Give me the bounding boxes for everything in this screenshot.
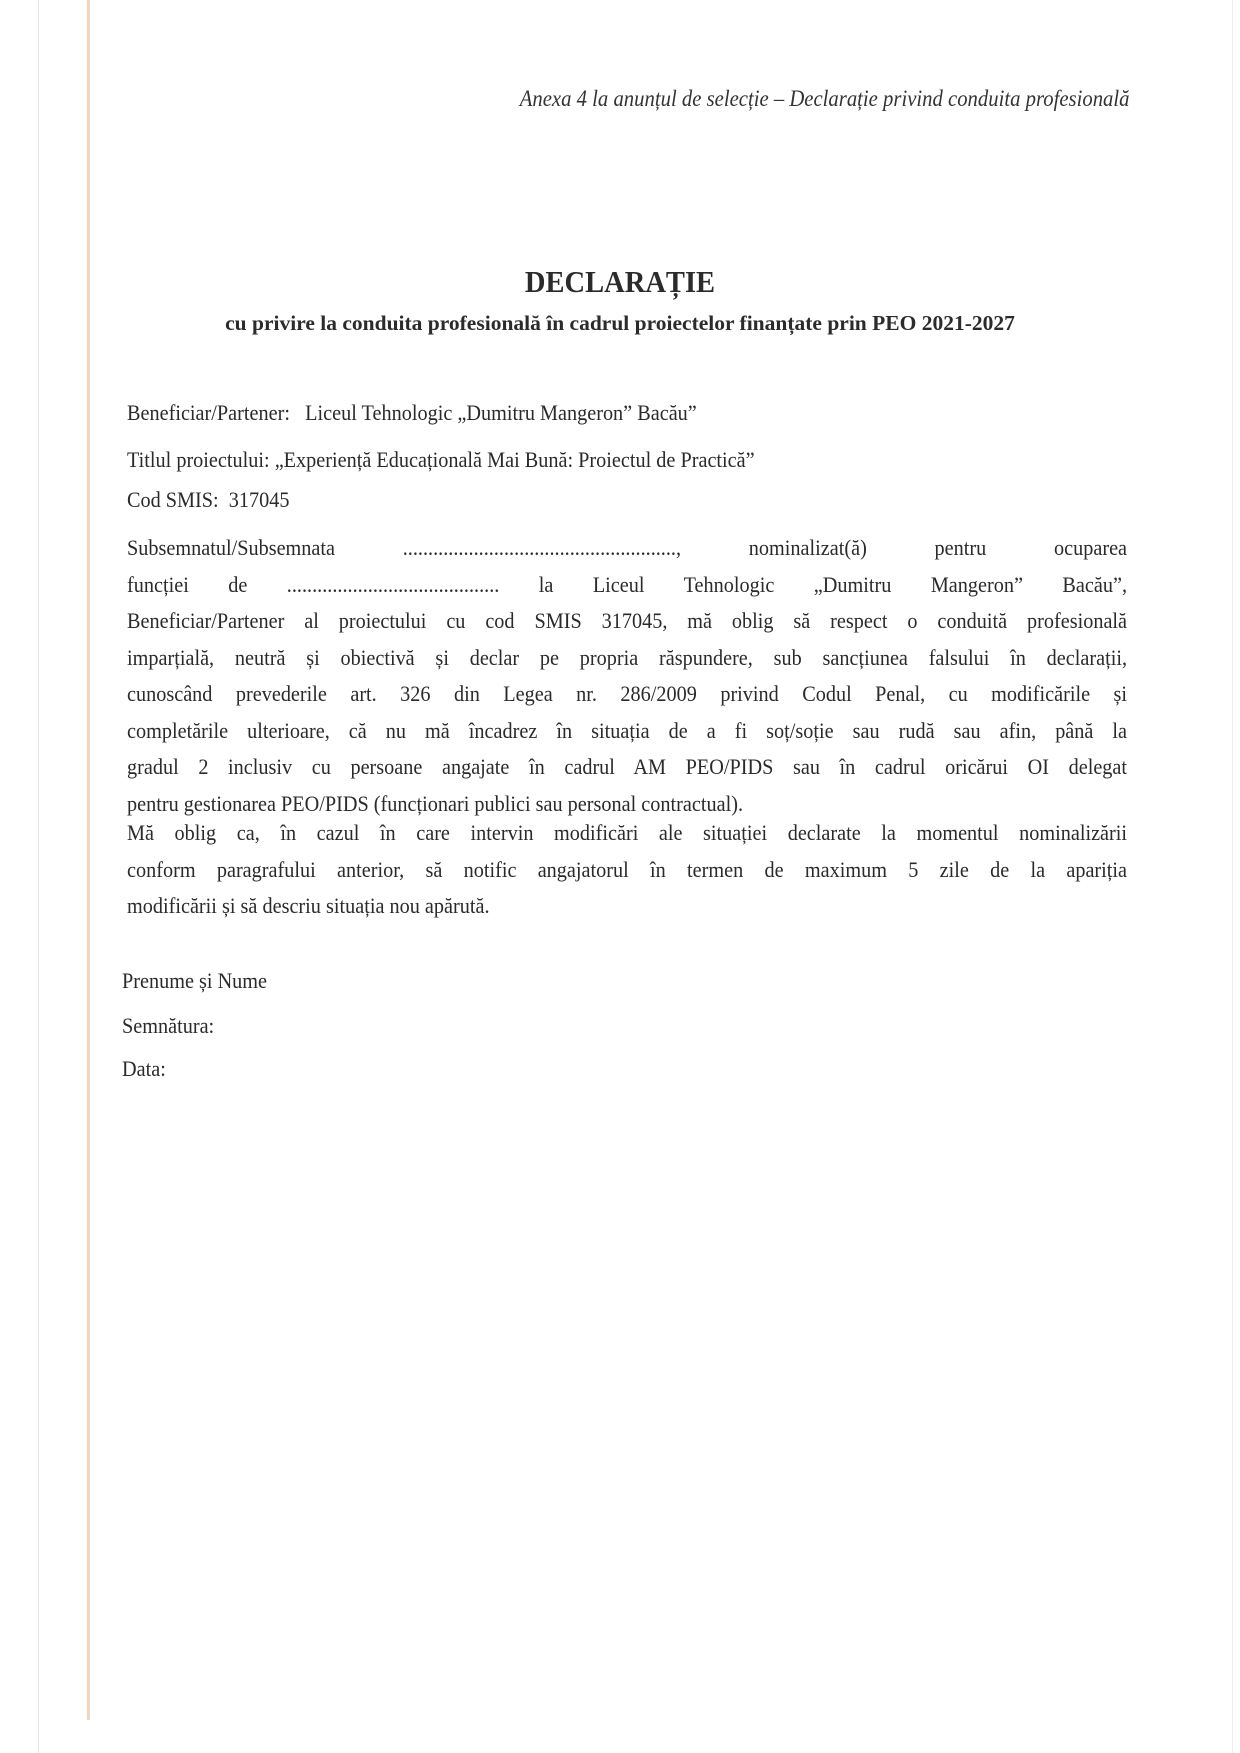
paragraph-line: Mă oblig ca, în cazul în care intervin m… xyxy=(127,815,1127,852)
paragraph-line: imparțială, neutră și obiectivă și decla… xyxy=(127,640,1127,677)
annex-header-note: Anexa 4 la anunțul de selecție – Declara… xyxy=(520,86,1130,112)
declaration-paragraph: Subsemnatul/Subsemnata .................… xyxy=(127,530,1127,822)
scan-edge-left xyxy=(38,0,39,1753)
document-subtitle: cu privire la conduita profesională în c… xyxy=(0,311,1240,336)
paragraph-line: funcției de ............................… xyxy=(127,567,1127,604)
scan-edge-binding-line xyxy=(87,0,90,1720)
document-title: DECLARAȚIE xyxy=(50,264,1191,300)
project-title-line: Titlul proiectului: „Experiență Educațio… xyxy=(127,447,755,473)
paragraph-line: Beneficiar/Partener al proiectului cu co… xyxy=(127,603,1127,640)
smis-code-value: 317045 xyxy=(229,487,290,512)
paragraph-line: gradul 2 inclusiv cu persoane angajate î… xyxy=(127,749,1127,786)
name-label: Prenume și Nume xyxy=(122,968,267,994)
paragraph-line: modificării și să descriu situația nou a… xyxy=(127,888,1127,925)
beneficiary-line: Beneficiar/Partener: Liceul Tehnologic „… xyxy=(127,400,697,426)
project-title-value: „Experiență Educațională Mai Bună: Proie… xyxy=(275,447,755,472)
scan-edge-right xyxy=(1232,0,1233,1753)
project-title-label: Titlul proiectului: xyxy=(127,447,270,472)
smis-code-line: Cod SMIS: 317045 xyxy=(127,487,290,513)
paragraph-line: conform paragrafului anterior, să notifi… xyxy=(127,852,1127,889)
beneficiary-label: Beneficiar/Partener: xyxy=(127,400,290,425)
obligation-paragraph: Mă oblig ca, în cazul în care intervin m… xyxy=(127,815,1127,925)
paragraph-line: Subsemnatul/Subsemnata .................… xyxy=(127,530,1127,567)
paragraph-line: cunoscând prevederile art. 326 din Legea… xyxy=(127,676,1127,713)
paragraph-line: completările ulterioare, că nu mă încadr… xyxy=(127,713,1127,750)
date-label: Data: xyxy=(122,1056,166,1082)
smis-code-label: Cod SMIS: xyxy=(127,487,219,512)
beneficiary-value: Liceul Tehnologic „Dumitru Mangeron” Bac… xyxy=(305,400,697,425)
signature-label: Semnătura: xyxy=(122,1013,214,1039)
